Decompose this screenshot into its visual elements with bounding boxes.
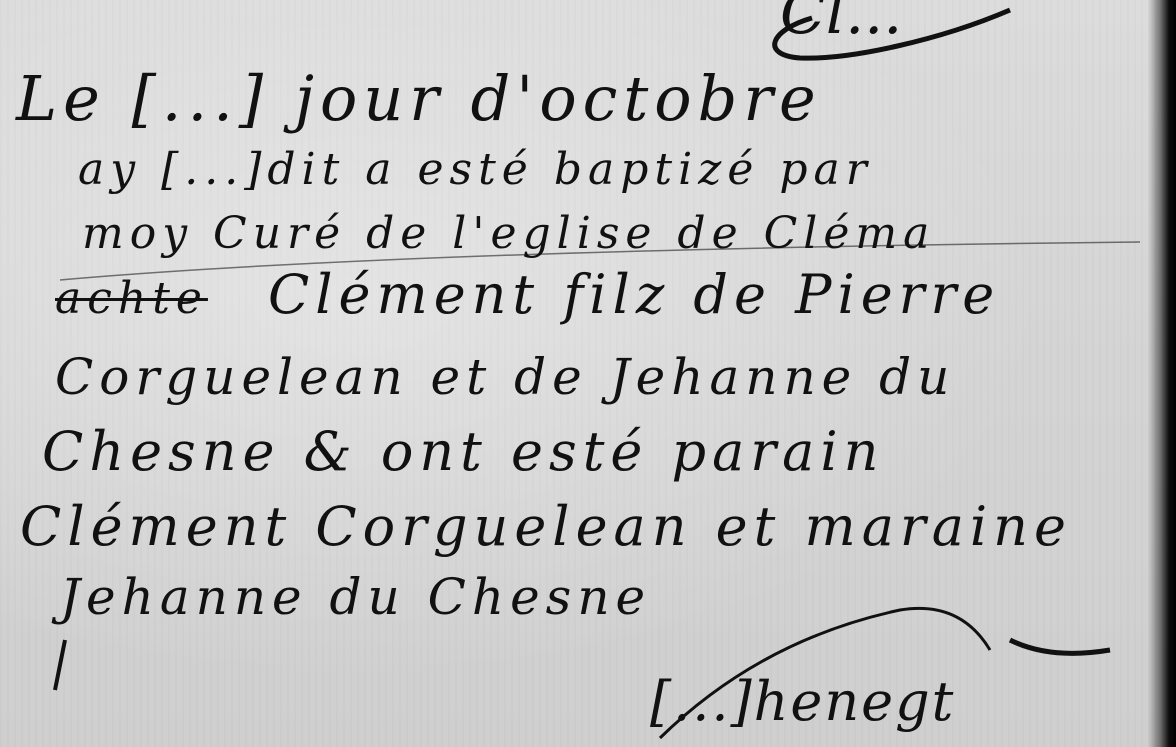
text-line-2: ay [...]dit a esté baptizé par xyxy=(78,148,873,192)
text-line-7: Clément Corguelean et maraine xyxy=(20,500,1072,554)
text-line-5: Corguelean et de Jehanne du xyxy=(55,352,955,402)
text-line-3: moy Curé de l'eglise de Cléma xyxy=(82,212,935,256)
text-line-4: achte Clément filz de Pierre xyxy=(55,268,1000,322)
scan-edge-shadow xyxy=(1148,0,1176,747)
document-scan: Cl... Le [...] jour d'octobre ay [...]di… xyxy=(0,0,1176,747)
text-line-8: Jehanne du Chesne xyxy=(60,572,651,622)
text-line-4-main: Clément filz de Pierre xyxy=(268,263,1000,326)
text-line-1: Le [...] jour d'octobre xyxy=(16,68,822,130)
signature: [...]henegt xyxy=(650,670,955,733)
struck-word: achte xyxy=(55,273,208,324)
text-line-6: Chesne & ont esté parain xyxy=(42,425,884,479)
